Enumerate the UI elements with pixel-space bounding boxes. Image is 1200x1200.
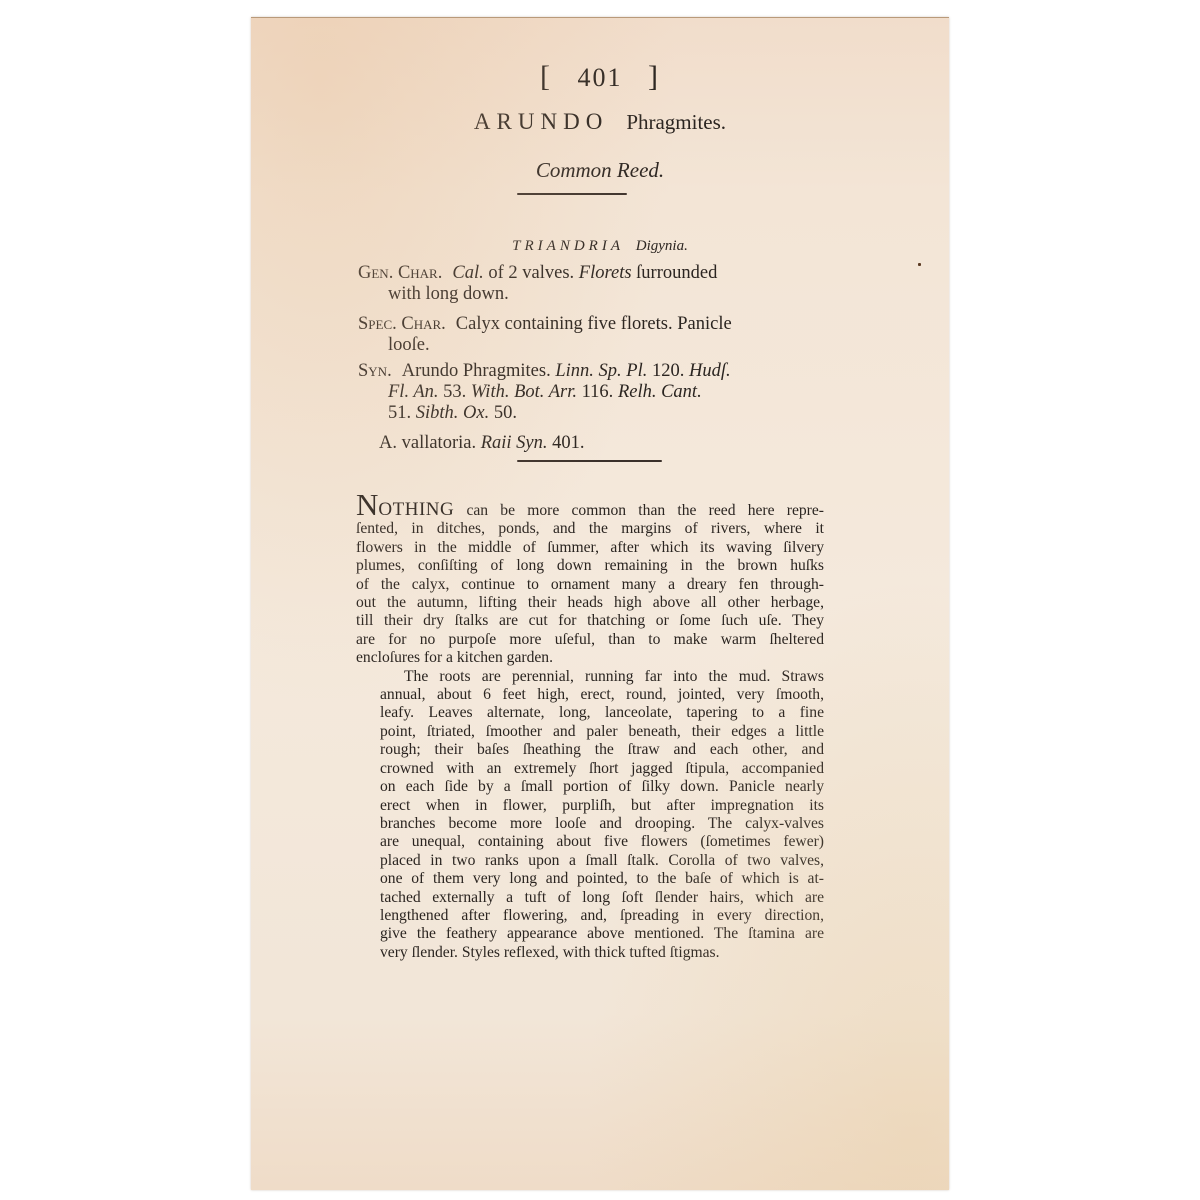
text-line: The roots are perennial, running far int… [356,668,824,686]
text-line: NOTHING can be more common than the reed… [356,496,824,520]
species-name: Phragmites. [626,110,726,134]
paragraph-1: NOTHING can be more common than the reed… [356,496,824,668]
text-line: till their dry ſtalks are cut for thatch… [356,612,824,630]
text-line: very ſlender. Styles reflexed, with thic… [356,944,824,962]
classification: TRIANDRIA Digynia. [251,238,949,255]
spec-char-continuation: looſe. [358,335,826,356]
text-line: one of them very long and pointed, to th… [356,870,824,888]
order-name: Digynia. [636,238,688,254]
text-line: out the autumn, lifting their heads high… [356,594,824,612]
text-line: encloſures for a kitchen garden. [356,649,824,667]
text-line: leafy. Leaves alternate, long, lanceolat… [356,704,824,722]
spec-char-label: Spec. Char. [358,314,446,334]
gen-char-label: Gen. Char. [358,263,442,283]
syn-line-3: 51. Sibth. Ox. 50. [358,403,826,424]
gen-char-italic: Florets [579,263,632,283]
gen-char-text: ſurrounded [632,263,718,283]
gen-char-text: of 2 valves. [484,263,579,283]
text-line: placed in two ranks upon a ſmall ſtalk. … [356,852,824,870]
opening-word: OTHING [378,499,454,520]
text-line: branches become more looſe and drooping.… [356,815,824,833]
text-line: give the feathery appearance above menti… [356,925,824,943]
description-body: NOTHING can be more common than the reed… [356,496,824,962]
class-name: TRIANDRIA [512,238,624,254]
syn-num: 116. [577,382,618,402]
page-number-value: 401 [578,63,623,92]
spec-char-text: Calyx containing five florets. Panicle [456,314,732,334]
generic-character: Gen. Char.Cal. of 2 valves. Florets ſurr… [358,263,826,305]
page-title: ARUNDO Phragmites. [251,109,949,135]
text-line: are for no purpoſe more uſeful, than to … [356,631,824,649]
page-number: [ 401 ] [251,60,949,94]
paragraph-2: The roots are perennial, running far int… [356,668,824,963]
divider-rule-top [517,193,627,195]
syn-num: 53. [439,382,471,402]
synonym-vallatoria: A. vallatoria. Raii Syn. 401. [379,433,847,454]
genus-name: ARUNDO [474,109,608,134]
syn2-ref: Raii Syn. [481,433,548,453]
paper-speck [918,263,921,266]
gen-char-continuation: with long down. [358,284,826,305]
text-line: of the calyx, continue to ornament many … [356,576,824,594]
bracket-open: [ [540,60,552,93]
text-line: plumes, conſiſting of long down remainin… [356,557,824,575]
text-line: on each ſide by a ſmall portion of ſilky… [356,778,824,796]
printed-page: [ 401 ] ARUNDO Phragmites. Common Reed. … [251,17,949,1190]
gen-char-italic: Cal. [452,263,483,283]
syn-text: Arundo Phragmites. [402,361,556,381]
text-line: annual, about 6 feet high, erect, round,… [356,686,824,704]
text-line: flowers in the middle of ſummer, after w… [356,539,824,557]
bracket-close: ] [648,60,660,93]
syn2-num: 401. [548,433,585,453]
specific-character: Spec. Char.Calyx containing five florets… [358,314,826,356]
syn-num: 50. [489,403,517,423]
synonyms: Syn.Arundo Phragmites. Linn. Sp. Pl. 120… [358,361,826,424]
text-line: are unequal, containing about five flowe… [356,833,824,851]
syn-ref: Hudſ. [689,361,731,381]
text-line: tached externally a tuft of long ſoft ſl… [356,889,824,907]
text-line-content: can be more common than the reed here re… [454,502,824,519]
text-line: erect when in flower, purpliſh, but afte… [356,797,824,815]
syn-num: 51. [388,403,416,423]
divider-rule-bottom [517,460,662,462]
syn2-text: A. vallatoria. [379,433,481,453]
syn-ref: Linn. Sp. Pl. [555,361,647,381]
syn-ref: With. Bot. Arr. [471,382,577,402]
common-name: Common Reed. [251,158,949,183]
text-line: ſented, in ditches, ponds, and the margi… [356,520,824,538]
syn-ref: Fl. An. [388,382,439,402]
syn-label: Syn. [358,361,392,381]
text-line: point, ſtriated, ſmoother and paler bene… [356,723,824,741]
drop-cap: N [356,487,378,522]
text-line: lengthened after flowering, and, ſpreadi… [356,907,824,925]
syn-ref: Sibth. Ox. [416,403,489,423]
text-line: rough; their baſes ſheathing the ſtraw a… [356,741,824,759]
text-line: crowned with an extremely ſhort jagged ſ… [356,760,824,778]
syn-ref: Relh. Cant. [618,382,702,402]
syn-num: 120. [647,361,689,381]
syn-line-2: Fl. An. 53. With. Bot. Arr. 116. Relh. C… [358,382,826,403]
